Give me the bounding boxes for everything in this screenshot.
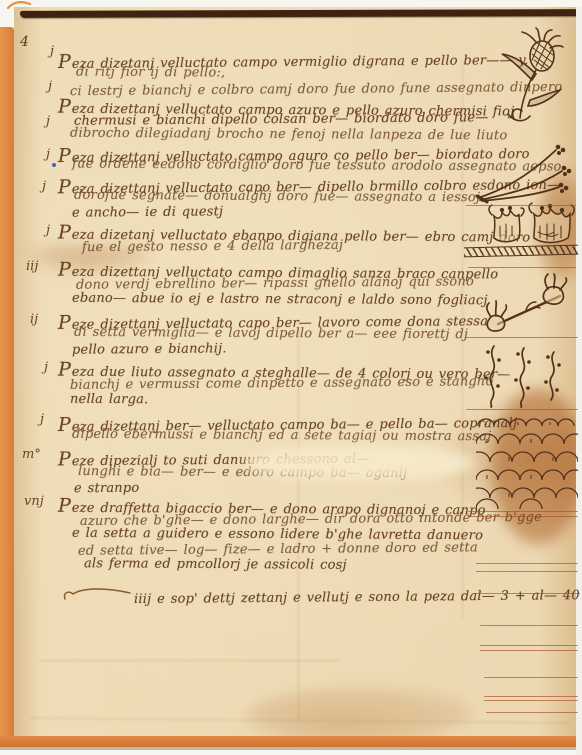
thistle-flower-drawing xyxy=(486,26,566,126)
crown-flowers-drawing xyxy=(486,202,576,246)
entry-initial: P xyxy=(58,96,71,118)
entry-numeral: j xyxy=(46,147,50,162)
entry-initial: P xyxy=(58,259,71,281)
entry-initial: P xyxy=(58,222,71,244)
entry-initial: P xyxy=(58,176,71,198)
scan-edge-right xyxy=(576,7,582,755)
entry-initial: P xyxy=(58,495,71,517)
text-line: di ritj fior ij di pello:, xyxy=(76,66,225,81)
orange-corner-mark xyxy=(6,0,32,10)
text-line: ebano— abue io ej e lastro ne straconj e… xyxy=(72,292,488,309)
scale-pattern-drawing xyxy=(476,417,578,509)
entry-numeral: m° xyxy=(22,447,41,462)
manuscript-photo: 4 j j j j j j iij ij j j m° vnj Peza diz… xyxy=(0,0,582,755)
entry-numeral: j xyxy=(44,360,48,375)
entry-numeral: j xyxy=(40,412,44,427)
entry-initial: P xyxy=(58,448,71,470)
folio-mark: 4 xyxy=(20,34,29,50)
blue-ink-speck xyxy=(52,163,56,167)
entry-numeral: iij xyxy=(26,259,38,274)
summary-flourish xyxy=(62,586,132,602)
text-line: dibrocho dilegiadanj brocho ne fenoj nel… xyxy=(70,127,507,144)
text-line: e ancho— ie di questj xyxy=(72,205,223,221)
bud-sprouts-drawing xyxy=(478,344,572,408)
text-line: e stranpo xyxy=(74,482,140,497)
entry-numeral: j xyxy=(50,44,54,59)
text-line: nella larga. xyxy=(70,393,148,408)
text-line: di setta vermiglia— e lavoj dipello ber … xyxy=(74,326,468,343)
text-line: als ferma ed pmcollorj je assicoli cosj xyxy=(84,557,347,573)
stain xyxy=(250,688,470,740)
crease-horizontal xyxy=(40,660,340,661)
entry-numeral: j xyxy=(46,223,50,238)
entry-initial: P xyxy=(58,414,71,436)
entry-numeral: ij xyxy=(30,312,38,327)
scan-shadow xyxy=(0,747,582,750)
text-line: pello azuro e bianchij. xyxy=(72,342,227,358)
entry-numeral: j xyxy=(46,114,50,129)
book-edge-bottom xyxy=(0,736,578,747)
text-line: dipello ebermussi e bianchj ed a sete ta… xyxy=(72,428,492,445)
entry-initial: P xyxy=(58,359,71,381)
text-line: fue el gesto nesso e 4 della larghezaj xyxy=(82,239,343,256)
entry-initial: P xyxy=(58,51,71,73)
entry-numeral: vnj xyxy=(24,494,44,509)
erased-patch xyxy=(245,446,473,480)
entry-initial: P xyxy=(58,145,71,167)
entry-initial: P xyxy=(58,312,71,334)
bulb-branch-drawing xyxy=(482,272,578,336)
text-line: dorofue segnate— donualghj doro fue— ass… xyxy=(74,189,480,206)
grass-spray-drawing xyxy=(474,138,574,204)
entry-numeral: j xyxy=(42,179,46,194)
entry-numeral: j xyxy=(48,79,52,94)
book-edge-left xyxy=(0,27,14,746)
